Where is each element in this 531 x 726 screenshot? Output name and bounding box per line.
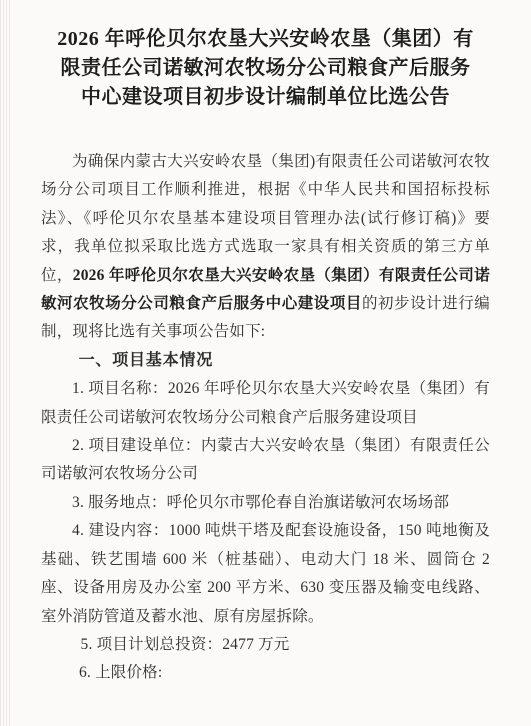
list-item: 4. 建设内容：1000 吨烘干塔及配套设施设备，150 吨地衡及基础、铁艺围墙…	[41, 517, 490, 631]
list-item: 6. 上限价格:	[41, 659, 490, 687]
scan-edge-artifact	[0, 0, 11, 726]
document-body: 为确保内蒙古大兴安岭农垦（集团)有限责任公司诺敏河农牧场分公司项目工作顺利推进，…	[41, 148, 490, 688]
list-item: 3. 服务地点：呼伦贝尔市鄂伦春自治旗诺敏河农场场部	[41, 489, 490, 517]
section-heading: 一、项目基本情况	[41, 347, 490, 375]
title-line-1: 2026 年呼伦贝尔农垦大兴安岭农垦（集团）有	[20, 25, 511, 54]
title-line-3: 中心建设项目初步设计编制单位比选公告	[20, 83, 511, 112]
intro-segment: 为确保内蒙古大兴安岭农垦（集团)有限责任公司诺敏河农牧场分公司项目工作顺利推进，…	[41, 153, 490, 284]
item-list: 1. 项目名称：2026 年呼伦贝尔农垦大兴安岭农垦（集团）有限责任公司诺敏河农…	[41, 375, 490, 687]
intro-paragraph: 为确保内蒙古大兴安岭农垦（集团)有限责任公司诺敏河农牧场分公司项目工作顺利推进，…	[41, 148, 490, 347]
document-page: 2026 年呼伦贝尔农垦大兴安岭农垦（集团）有 限责任公司诺敏河农牧场分公司粮食…	[0, 0, 531, 726]
list-item: 5. 项目计划总投资：2477 万元	[41, 631, 490, 659]
title-line-2: 限责任公司诺敏河农牧场分公司粮食产后服务	[20, 54, 511, 83]
list-item: 2. 项目建设单位：内蒙古大兴安岭农垦（集团）有限责任公司诺敏河农牧场分公司	[41, 432, 490, 489]
list-item: 1. 项目名称：2026 年呼伦贝尔农垦大兴安岭农垦（集团）有限责任公司诺敏河农…	[41, 375, 490, 432]
document-title: 2026 年呼伦贝尔农垦大兴安岭农垦（集团）有 限责任公司诺敏河农牧场分公司粮食…	[20, 25, 511, 112]
